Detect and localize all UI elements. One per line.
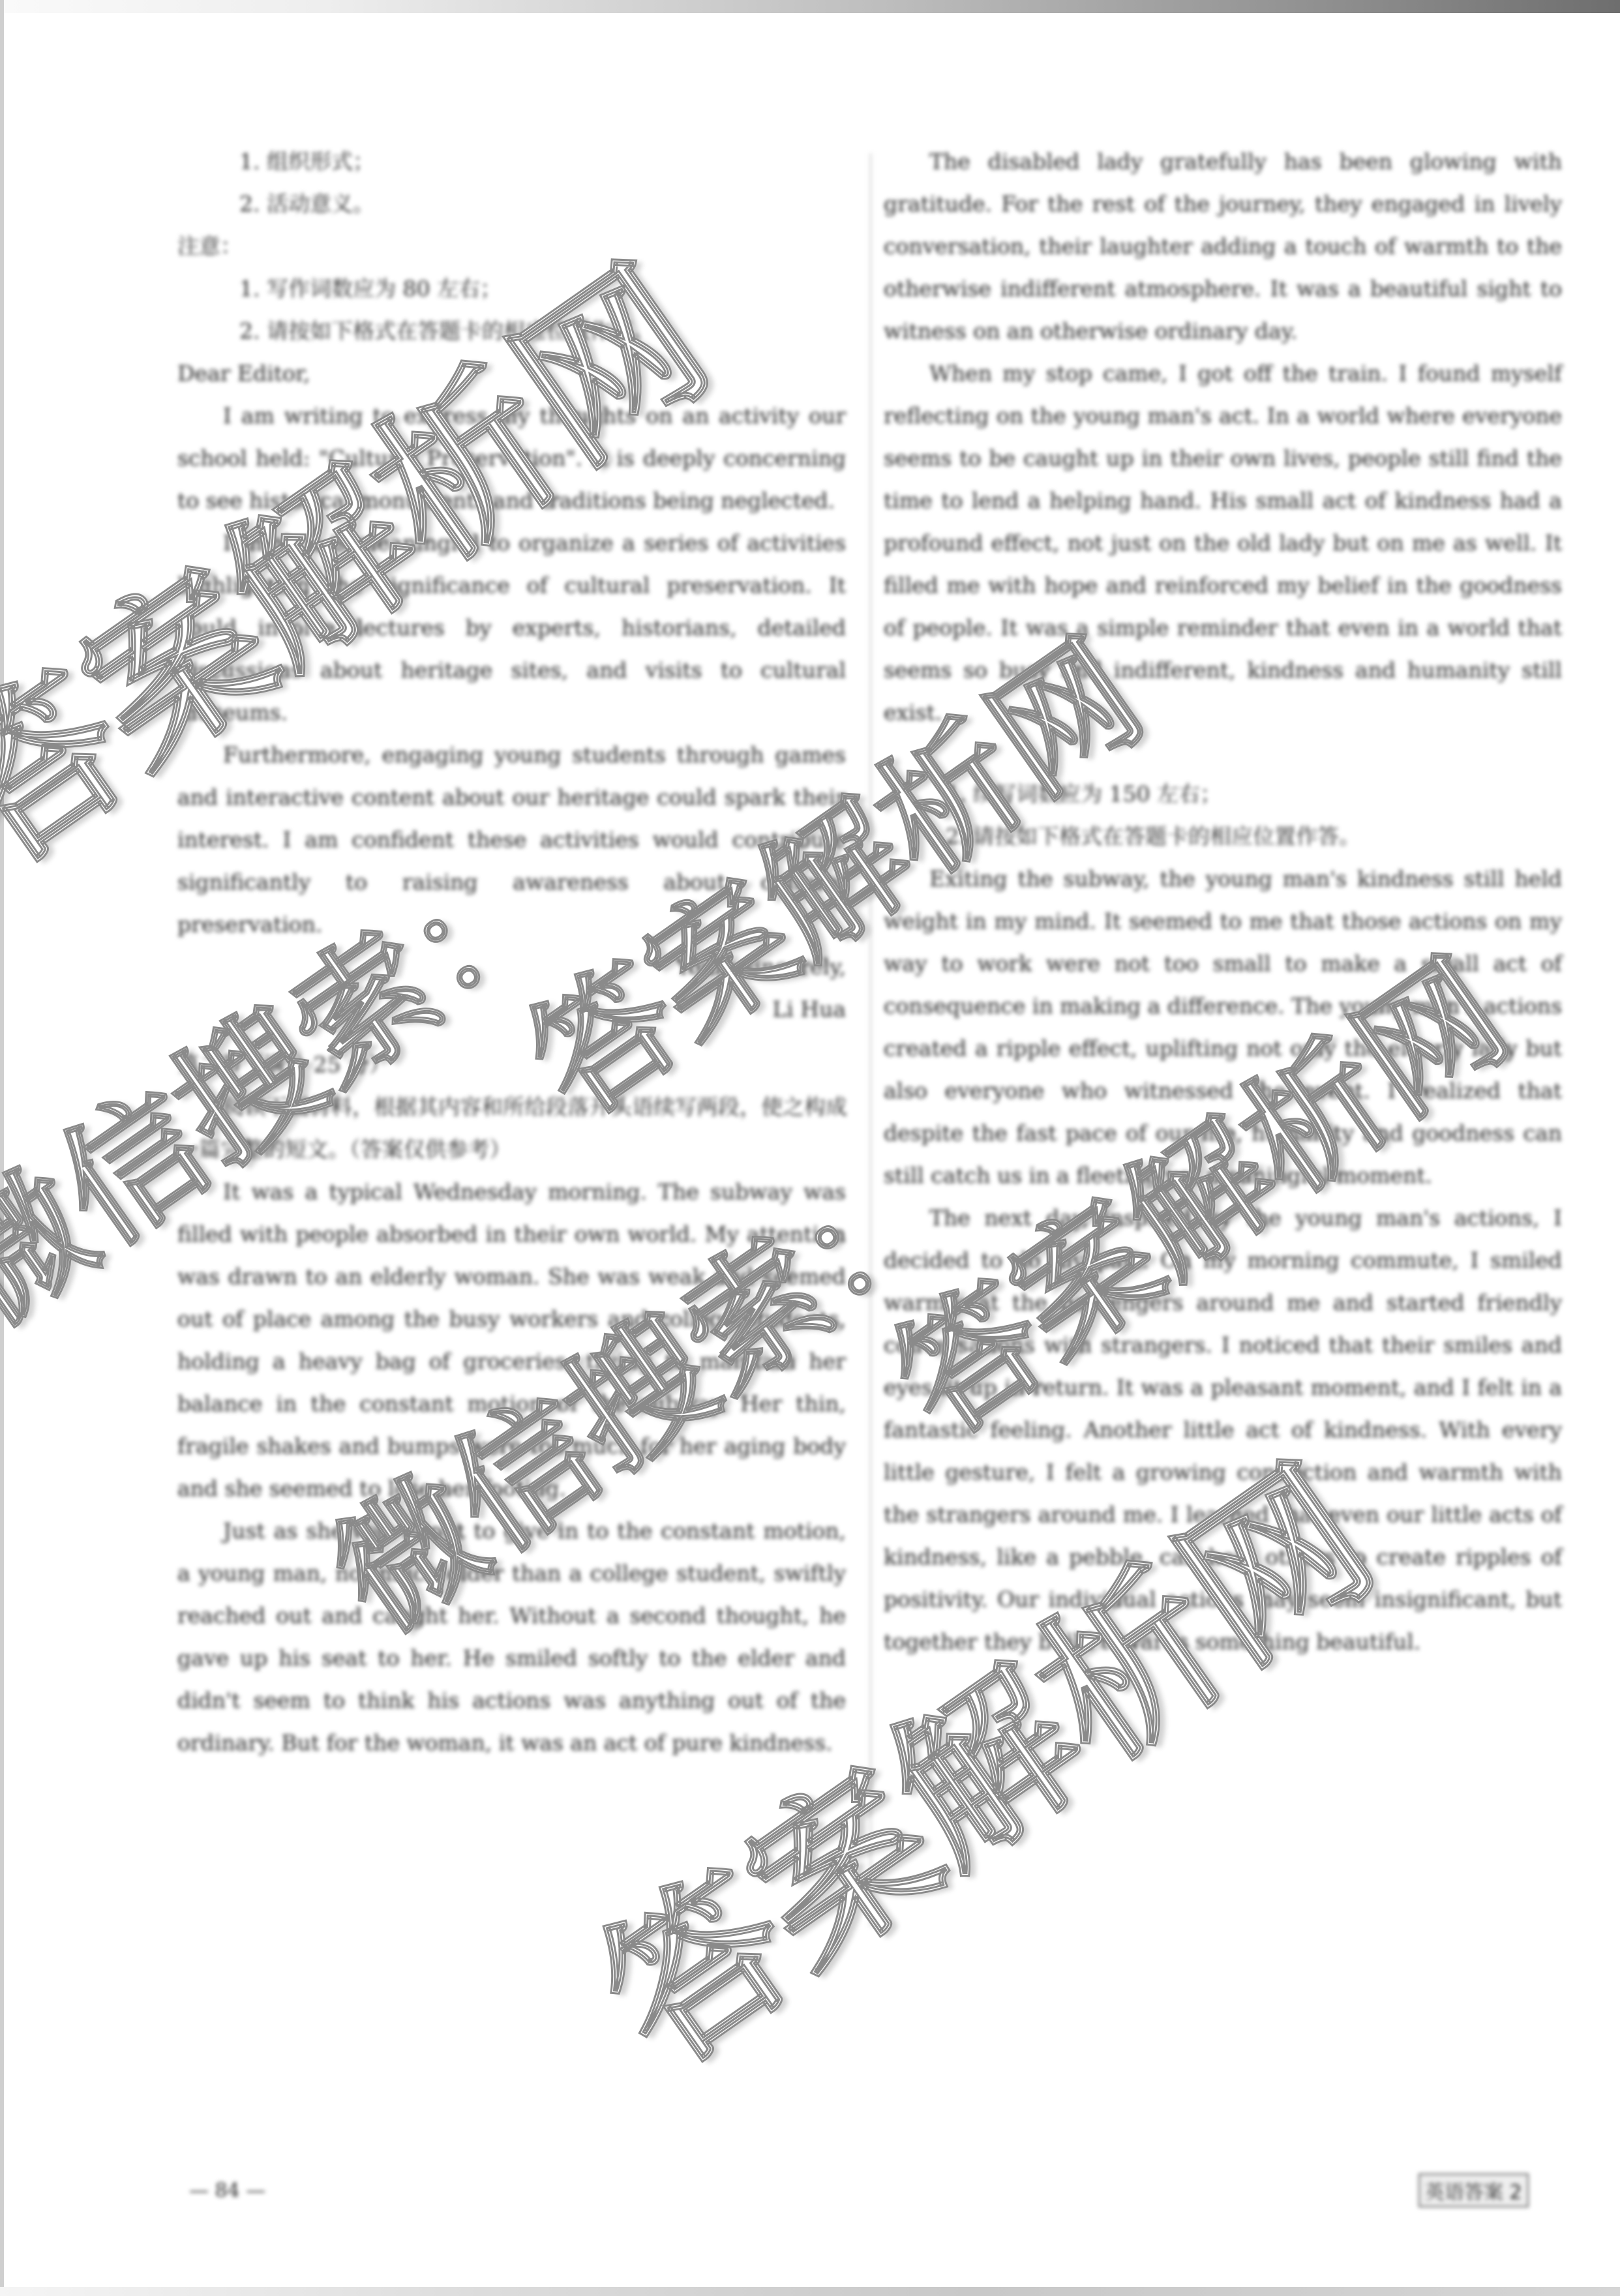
letter-paragraph: I am writing to express my thoughts on a…: [177, 395, 846, 522]
note-item: 2. 请按如下格式在答题卡的相应位置作答。: [177, 310, 846, 352]
story-paragraph: When my stop came, I got off the train. …: [884, 352, 1562, 734]
section-instruction: 阅读下面材料，根据其内容和所给段落开头语续写两段，使之构成: [177, 1086, 846, 1128]
section-heading: 第二节（满分 25 分）: [177, 1043, 846, 1086]
note-item: 1. 续写词数应为 150 左右；: [884, 773, 1562, 815]
note-item: 2. 请按如下格式在答题卡的相应位置作答。: [884, 815, 1562, 857]
letter-salutation: Dear Editor,: [177, 352, 846, 395]
note-item: 1. 写作词数应为 80 左右；: [177, 267, 846, 310]
outline-item: 2. 活动意义。: [177, 183, 846, 225]
story-paragraph: It was a typical Wednesday morning. The …: [177, 1170, 846, 1510]
outline-item: 1. 组织形式；: [177, 140, 846, 183]
right-column: The disabled lady gratefully has been gl…: [884, 140, 1562, 1663]
story-paragraph: Just as she was about to give in to the …: [177, 1510, 846, 1764]
section-instruction: 一篇完整的短文。（答案仅供参考）: [177, 1128, 846, 1170]
page-number: — 84 —: [189, 2179, 265, 2202]
continuation-paragraph: The next day, inspired by the young man'…: [884, 1197, 1562, 1663]
continuation-paragraph: Exiting the subway, the young man's kind…: [884, 857, 1562, 1197]
letter-paragraph: Furthermore, engaging young students thr…: [177, 734, 846, 946]
left-column: 1. 组织形式； 2. 活动意义。 注意： 1. 写作词数应为 80 左右； 2…: [177, 140, 846, 1764]
story-paragraph: The disabled lady gratefully has been gl…: [884, 140, 1562, 352]
notes-label: 注意：: [177, 225, 846, 267]
footer-badge: 英语答案 2: [1418, 2173, 1529, 2207]
letter-paragraph: I think it is meaningful to organize a s…: [177, 522, 846, 734]
document-page: 1. 组织形式； 2. 活动意义。 注意： 1. 写作词数应为 80 左右； 2…: [0, 0, 1620, 2296]
letter-closing: Yours sincerely,: [177, 946, 846, 988]
column-divider: [869, 153, 872, 1927]
letter-signature: Li Hua: [177, 988, 846, 1030]
